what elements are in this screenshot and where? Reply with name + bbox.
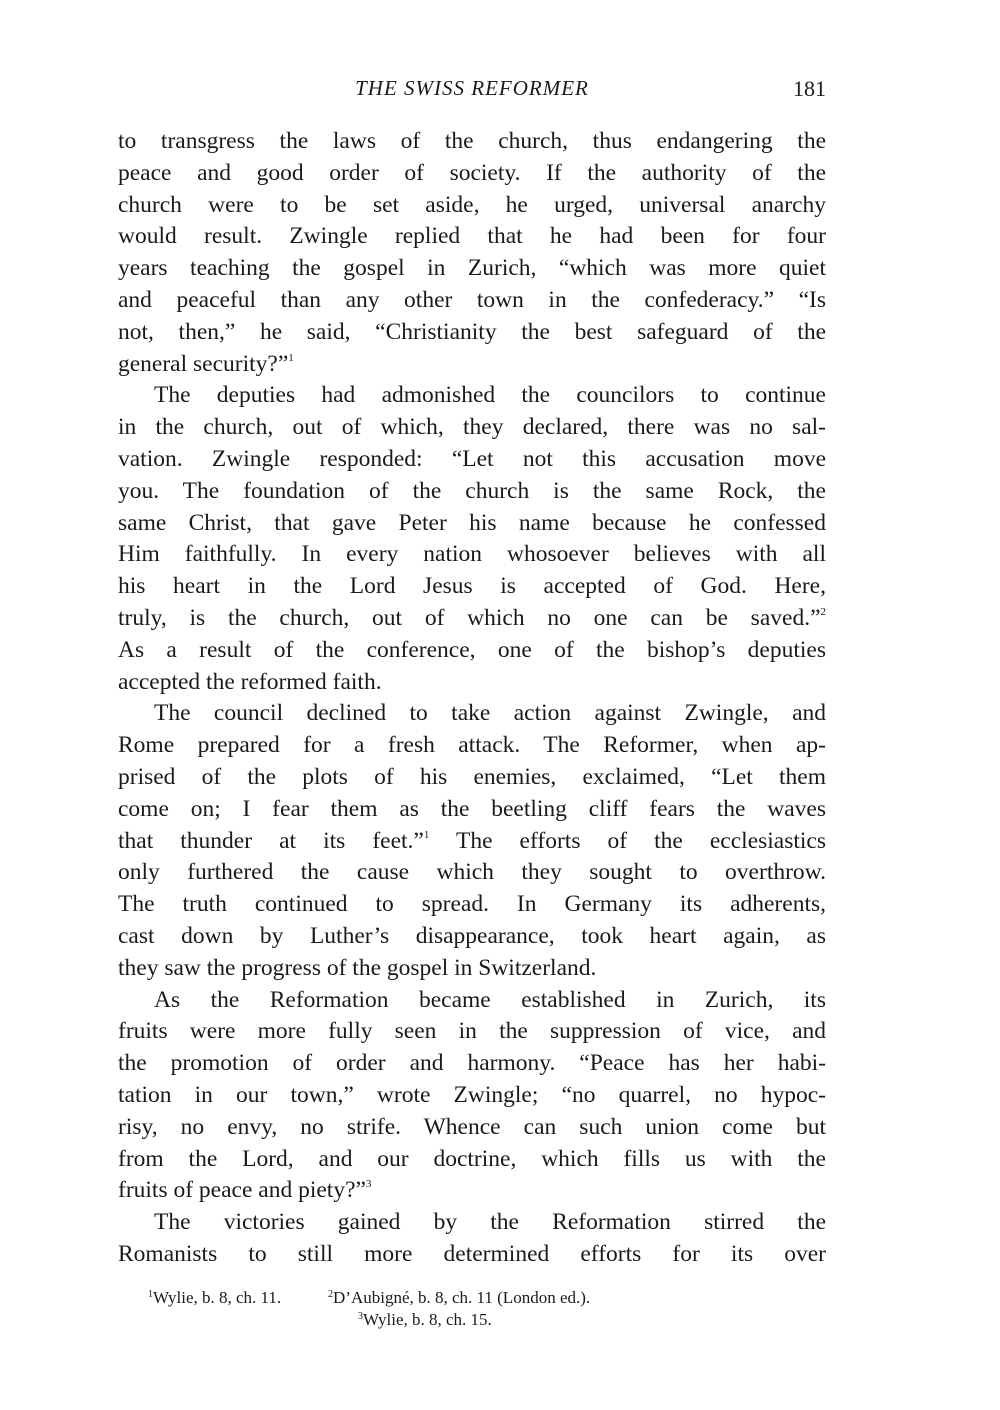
text-line: the promotion of order and harmony. “Pea… <box>118 1048 826 1080</box>
text-line: from the Lord, and our doctrine, which f… <box>118 1144 826 1176</box>
text-line: As the Reformation became established in… <box>118 985 826 1017</box>
page-number: 181 <box>793 76 826 102</box>
text-line: vation. Zwingle responded: “Let not this… <box>118 444 826 476</box>
paragraph-2: The deputies had admonished the councilo… <box>118 380 826 698</box>
text-line: they saw the progress of the gospel in S… <box>118 953 826 985</box>
text-line: truly, is the church, out of which no on… <box>118 603 826 635</box>
paragraph-5: The victories gained by the Reformation … <box>118 1207 826 1271</box>
footnote-3: 3Wylie, b. 8, ch. 15. <box>358 1306 492 1331</box>
text-line: The deputies had admonished the councilo… <box>118 380 826 412</box>
footnote-ref[interactable]: 3 <box>366 1178 372 1190</box>
paragraph-1: to transgress the laws of the church, th… <box>118 126 826 380</box>
text-line: As a result of the conference, one of th… <box>118 635 826 667</box>
text-line: years teaching the gospel in Zurich, “wh… <box>118 253 826 285</box>
text-line: and peaceful than any other town in the … <box>118 285 826 317</box>
text-line: Romanists to still more determined effor… <box>118 1239 826 1271</box>
text-line: The council declined to take action agai… <box>118 698 826 730</box>
text-line: come on; I fear them as the beetling cli… <box>118 794 826 826</box>
text-line: cast down by Luther’s disappearance, too… <box>118 921 826 953</box>
text-line: that thunder at its feet.”1 The efforts … <box>118 826 826 858</box>
paragraph-4: As the Reformation became established in… <box>118 985 826 1208</box>
text-line: same Christ, that gave Peter his name be… <box>118 508 826 540</box>
text-line: accepted the reformed faith. <box>118 667 826 699</box>
text-line: fruits of peace and piety?”3 <box>118 1175 826 1207</box>
text-line: church were to be set aside, he urged, u… <box>118 190 826 222</box>
paragraph-3: The council declined to take action agai… <box>118 698 826 984</box>
text-line: The victories gained by the Reformation … <box>118 1207 826 1239</box>
page-header: THE SWISS REFORMER 181 <box>118 74 826 104</box>
text-line: not, then,” he said, “Christianity the b… <box>118 317 826 349</box>
text-line: Him faithfully. In every nation whosoeve… <box>118 539 826 571</box>
text-line: risy, no envy, no strife. Whence can suc… <box>118 1112 826 1144</box>
text-line: fruits were more fully seen in the suppr… <box>118 1016 826 1048</box>
text-line: in the church, out of which, they declar… <box>118 412 826 444</box>
footnote-ref[interactable]: 1 <box>288 352 294 364</box>
text-line: only furthered the cause which they soug… <box>118 857 826 889</box>
text-line: general security?”1 <box>118 349 826 381</box>
running-head: THE SWISS REFORMER <box>118 76 826 101</box>
text-line: to transgress the laws of the church, th… <box>118 126 826 158</box>
text-line: peace and good order of society. If the … <box>118 158 826 190</box>
footnotes: 1Wylie, b. 8, ch. 11. 2D’Aubigné, b. 8, … <box>118 1284 826 1328</box>
text-line: you. The foundation of the church is the… <box>118 476 826 508</box>
text-line: tation in our town,” wrote Zwingle; “no … <box>118 1080 826 1112</box>
text-line: The truth continued to spread. In German… <box>118 889 826 921</box>
footnote-ref[interactable]: 2 <box>821 606 827 618</box>
text-line: prised of the plots of his enemies, excl… <box>118 762 826 794</box>
text-line: would result. Zwingle replied that he ha… <box>118 221 826 253</box>
body-text: to transgress the laws of the church, th… <box>118 126 826 1271</box>
text-line: Rome prepared for a fresh attack. The Re… <box>118 730 826 762</box>
text-line: his heart in the Lord Jesus is accepted … <box>118 571 826 603</box>
